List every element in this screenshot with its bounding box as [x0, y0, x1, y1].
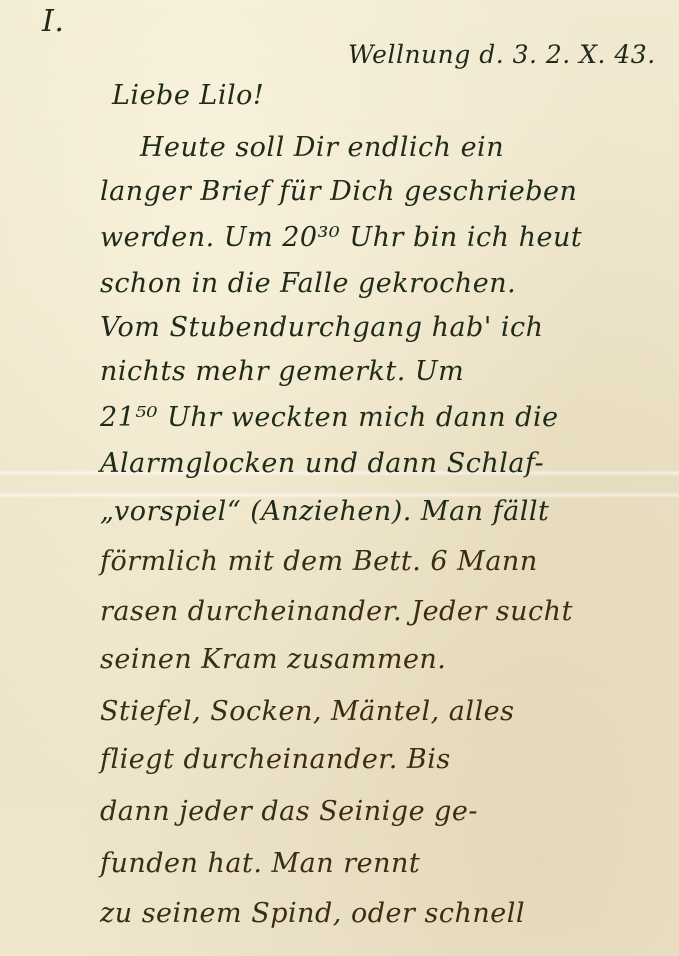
letter-line: werden. Um 20³⁰ Uhr bin ich heut [100, 222, 582, 253]
letter-line: funden hat. Man rennt [100, 848, 420, 879]
letter-line: zu seinem Spind, oder schnell [100, 898, 525, 929]
letter-line: seinen Kram zusammen. [100, 644, 446, 675]
letter-line: nichts mehr gemerkt. Um [100, 356, 464, 387]
place-date: Wellnung d. 3. 2. X. 43. [348, 40, 656, 69]
page-number: I. [42, 4, 64, 39]
letter-line: Stiefel, Socken, Mäntel, alles [100, 696, 514, 727]
salutation: Liebe Lilo! [112, 80, 264, 111]
letter-line: „vorspiel“ (Anziehen). Man fällt [100, 496, 549, 527]
letter-line: Alarmglocken und dann Schlaf- [100, 448, 544, 479]
letter-line: 21⁵⁰ Uhr weckten mich dann die [100, 402, 559, 433]
letter-line: förmlich mit dem Bett. 6 Mann [100, 546, 538, 577]
letter-line: schon in die Falle gekrochen. [100, 268, 516, 299]
letter-line: fliegt durcheinander. Bis [100, 744, 451, 775]
letter-line: langer Brief für Dich geschrieben [100, 176, 577, 207]
letter-line: Vom Stubendurchgang hab' ich [100, 312, 544, 343]
letter-line: rasen durcheinander. Jeder sucht [100, 596, 573, 627]
letter-line: dann jeder das Seinige ge- [100, 796, 478, 827]
letter-line: Heute soll Dir endlich ein [140, 132, 504, 163]
